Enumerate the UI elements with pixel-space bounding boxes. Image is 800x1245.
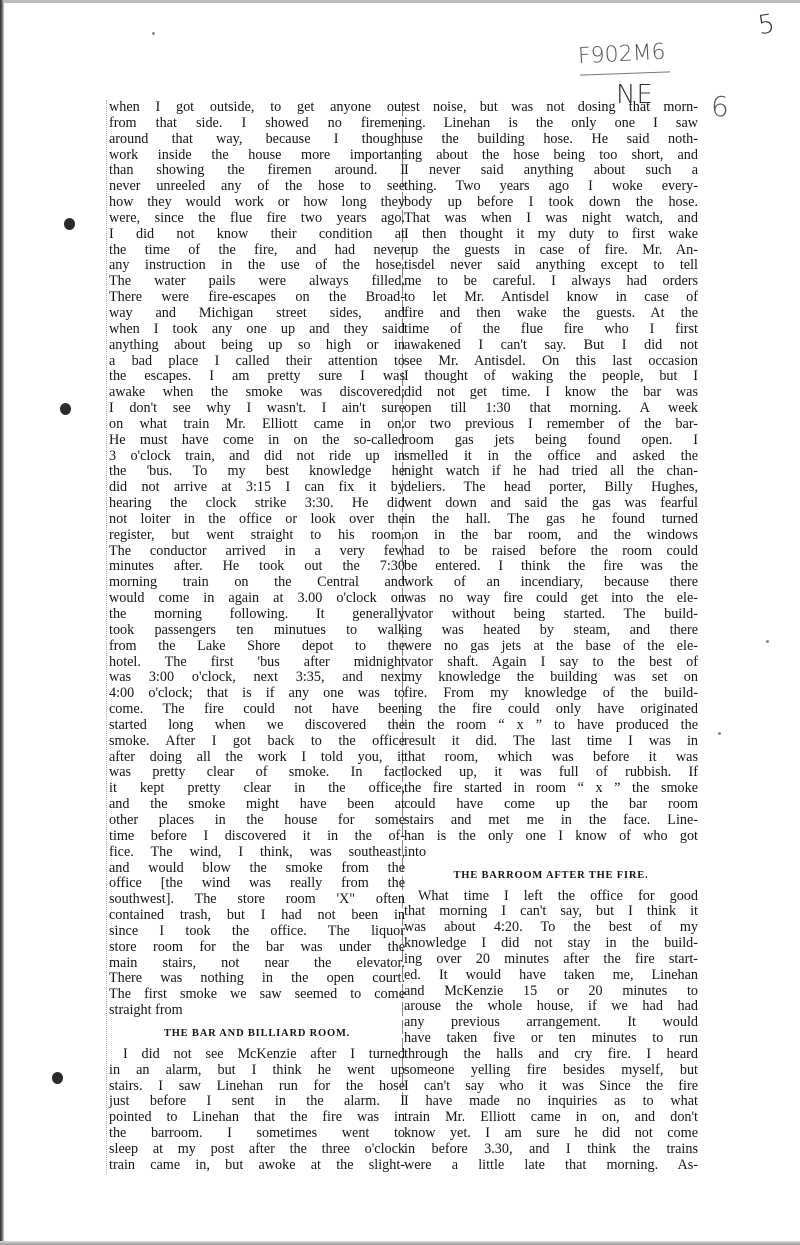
- text-line: through the halls and cry fire. I heard: [404, 1047, 698, 1063]
- text-line: to let Mr. Antisdel know in case of: [404, 290, 698, 306]
- text-line: awakened I can't say. But I did not: [404, 338, 698, 354]
- scan-speck: [152, 32, 155, 35]
- text-line: The water pails were always filled.: [109, 274, 405, 290]
- text-line: my knowledge the building was set on: [404, 670, 698, 686]
- text-line: smoke. After I got back to the office: [109, 734, 405, 750]
- scan-edge-top: [0, 0, 800, 3]
- scan-edge-bottom: [0, 1241, 800, 1245]
- text-line: deliers. The head porter, Billy Hughes,: [404, 480, 698, 496]
- text-line: up the guests in case of fire. Mr. An-: [404, 243, 698, 259]
- text-line: est noise, but was not dosing that morn-: [404, 100, 698, 116]
- text-line: southwest]. The store room 'X" often: [109, 892, 405, 908]
- text-line: any instruction in the use of the hose.: [109, 258, 405, 274]
- text-line: around that way, because I thought: [109, 132, 405, 148]
- text-line: body up before I took down the hose.: [404, 195, 698, 211]
- text-line: anything about being up so high or in: [109, 338, 405, 354]
- text-line: open till 1:30 that morning. A week: [404, 401, 698, 417]
- text-line: took passengers ten minutues to walk: [109, 623, 405, 639]
- text-line: way and Michigan street sides, and: [109, 306, 405, 322]
- text-line: There was nothing in the open court.: [109, 971, 405, 987]
- text-line: 4:00 o'clock; that is if any one was to: [109, 686, 405, 702]
- text-line: any previous arrangement. It would: [404, 1015, 698, 1031]
- text-line: I have made no inquiries as to what: [404, 1094, 698, 1110]
- text-line: knowledge I did not stay in the build-: [404, 936, 698, 952]
- left-subheading: THE BAR AND BILLIARD ROOM.: [109, 1027, 405, 1041]
- text-line: just before I sent in the alarm. I: [109, 1094, 405, 1110]
- handwritten-page-number: 5: [756, 9, 778, 41]
- text-line: could have come up the bar room: [404, 797, 698, 813]
- text-line: that room, which was before it was: [404, 750, 698, 766]
- text-line: was 3:00 o'clock, next 3:35, and next: [109, 670, 405, 686]
- text-line: on what train Mr. Elliott came in on.: [109, 417, 405, 433]
- text-line: were no gas jets at the base of the ele-: [404, 639, 698, 655]
- text-line: was pretty clear of smoke. In fact: [109, 765, 405, 781]
- handwritten-catalog-code: F902M6: [577, 40, 666, 70]
- text-line: main stairs, not near the elevator.: [109, 956, 405, 972]
- text-line: fire. From my knowledge of the build-: [404, 686, 698, 702]
- binder-hole: [64, 218, 75, 230]
- right-paragraph-1: est noise, but was not dosing that morn-…: [404, 100, 698, 861]
- text-line: straight from: [109, 1003, 405, 1019]
- text-line: vator without being started. The build-: [404, 607, 698, 623]
- text-line: awake when the smoke was discovered;: [109, 385, 405, 401]
- text-line: I then thought it my duty to first wake: [404, 227, 698, 243]
- text-line: thing. Two years ago I woke every-: [404, 179, 698, 195]
- text-line: stairs and met me in the face. Line-: [404, 813, 698, 829]
- binder-hole: [60, 403, 71, 415]
- text-line: and would blow the smoke from the: [109, 861, 405, 877]
- text-line: have taken five or ten minutes to run: [404, 1031, 698, 1047]
- text-line: I did not see McKenzie after I turned: [109, 1047, 405, 1063]
- text-line: not loiter in the office or look over th…: [109, 512, 405, 528]
- text-line: in the hall. The gas he found turned: [404, 512, 698, 528]
- binder-hole: [52, 1072, 63, 1084]
- text-line: a bad place I called their attention to: [109, 354, 405, 370]
- text-line: vator shaft. Again I say to the best of: [404, 655, 698, 671]
- text-line: That was when I was night watch, and: [404, 211, 698, 227]
- text-line: There were fire-escapes on the Broad-: [109, 290, 405, 306]
- text-line: time of the flue fire who I first: [404, 322, 698, 338]
- text-line: The first smoke we saw seemed to come: [109, 987, 405, 1003]
- text-line: after doing all the work I told you, it: [109, 750, 405, 766]
- text-line: office [the wind was really from the: [109, 876, 405, 892]
- text-line: in an alarm, but I think he went up: [109, 1063, 405, 1079]
- text-line: tisdel never said anything except to tel…: [404, 258, 698, 274]
- text-line: the barroom. I sometimes went to: [109, 1126, 405, 1142]
- right-column: est noise, but was not dosing that morn-…: [404, 100, 698, 1174]
- text-line: how they would work or how long they: [109, 195, 405, 211]
- right-paragraph-2: What time I left the office for goodthat…: [404, 889, 698, 1174]
- text-line: other places in the house for some: [109, 813, 405, 829]
- text-line: be entered. I think the fire was the: [404, 559, 698, 575]
- text-line: ing about the hose being too short, and: [404, 148, 698, 164]
- text-line: contained trash, but I had not been in: [109, 908, 405, 924]
- text-line: and McKenzie 15 or 20 minutes to: [404, 984, 698, 1000]
- text-line: arouse the whole house, if we had had: [404, 999, 698, 1015]
- text-line: work of an incendiary, because there: [404, 575, 698, 591]
- text-line: room gas jets being found open. I: [404, 433, 698, 449]
- text-line: come. The fire could not have been: [109, 702, 405, 718]
- left-column: when I got outside, to get anyone outfro…: [106, 100, 405, 1174]
- newspaper-clipping: when I got outside, to get anyone outfro…: [100, 100, 720, 1110]
- text-line: pointed to Linehan that the fire was in: [109, 1110, 405, 1126]
- text-line: went down and said the gas was fearful: [404, 496, 698, 512]
- text-line: did not arrive at 3:15 I can fix it by: [109, 480, 405, 496]
- text-line: were a little late that morning. As-: [404, 1158, 698, 1174]
- text-line: I never said anything about such a: [404, 163, 698, 179]
- text-line: did not get time. I know the bar was: [404, 385, 698, 401]
- text-line: and the smoke might have been at: [109, 797, 405, 813]
- text-line: that morning I can't say, but I think it: [404, 904, 698, 920]
- text-line: work inside the house more important: [109, 148, 405, 164]
- text-line: the time of the fire, and had never: [109, 243, 405, 259]
- text-line: hotel. The first 'bus after midnight: [109, 655, 405, 671]
- text-line: the fire started in room “ x ” the smoke: [404, 781, 698, 797]
- text-line: He must have come in on the so-called: [109, 433, 405, 449]
- text-line: fire and then wake the guests. At the: [404, 306, 698, 322]
- text-line: in before 3.30, and I think the trains: [404, 1142, 698, 1158]
- text-line: know yet. I am sure he did not come: [404, 1126, 698, 1142]
- text-line: when I got outside, to get anyone out: [109, 100, 405, 116]
- scan-edge-left: [0, 0, 4, 1245]
- text-line: morning train on the Central and: [109, 575, 405, 591]
- text-line: ing was heated by steam, and there: [404, 623, 698, 639]
- catalog-code-underline: [580, 71, 670, 75]
- text-line: from that side. I showed no firemen: [109, 116, 405, 132]
- right-subheading: THE BARROOM AFTER THE FIRE.: [404, 869, 698, 883]
- text-line: han is the only one I know of who got: [404, 829, 698, 845]
- text-line: or two previous I remember of the bar-: [404, 417, 698, 433]
- text-line: 3 o'clock train, and did not ride up in: [109, 449, 405, 465]
- text-line: smelled it in the office and asked the: [404, 449, 698, 465]
- text-line: would come in again at 3.00 o'clock on: [109, 591, 405, 607]
- text-line: someone yelling fire besides myself, but: [404, 1063, 698, 1079]
- text-line: train Mr. Elliott came in on, and don't: [404, 1110, 698, 1126]
- text-line: minutes after. He took out the 7:30: [109, 559, 405, 575]
- text-line: in the room “ x ” to have produced the: [404, 718, 698, 734]
- text-line: from the Lake Shore depot to the: [109, 639, 405, 655]
- text-line: I did not know their condition at: [109, 227, 405, 243]
- scan-speck: [718, 732, 721, 735]
- text-line: ed. It would have taken me, Linehan: [404, 968, 698, 984]
- text-line: time before I discovered it in the of-: [109, 829, 405, 845]
- text-line: started long when we discovered the: [109, 718, 405, 734]
- text-line: never unreeled any of the hose to see: [109, 179, 405, 195]
- text-line: when I took any one up and they said: [109, 322, 405, 338]
- left-paragraph-2: I did not see McKenzie after I turnedin …: [109, 1047, 405, 1174]
- text-line: had to be raised before the room could: [404, 544, 698, 560]
- text-line: locked up, it was full of rubbish. If: [404, 765, 698, 781]
- text-line: see Mr. Antisdel. On this last occasion: [404, 354, 698, 370]
- text-line: store room for the bar was under the: [109, 940, 405, 956]
- text-line: was about 4:20. To the best of my: [404, 920, 698, 936]
- text-line: ing over 20 minutes after the fire start…: [404, 952, 698, 968]
- scan-speck: [766, 640, 769, 643]
- text-line: register, but went straight to his room.: [109, 528, 405, 544]
- text-line: The conductor arrived in a very few: [109, 544, 405, 560]
- text-line: into: [404, 845, 698, 861]
- text-line: ing. Linehan is the only one I saw: [404, 116, 698, 132]
- text-line: I don't see why I wasn't. I ain't sure: [109, 401, 405, 417]
- text-line: than showing the firemen around. I: [109, 163, 405, 179]
- text-line: it kept pretty clear in the office,: [109, 781, 405, 797]
- left-paragraph-1: when I got outside, to get anyone outfro…: [109, 100, 405, 1019]
- text-line: since I took the office. The liquor: [109, 924, 405, 940]
- text-line: were, since the flue fire two years ago.: [109, 211, 405, 227]
- text-line: me to be careful. I always had orders: [404, 274, 698, 290]
- text-line: I can't say who it was Since the fire: [404, 1079, 698, 1095]
- text-line: sleep at my post after the three o'clock: [109, 1142, 405, 1158]
- text-line: fice. The wind, I think, was southeast,: [109, 845, 405, 861]
- text-line: the escapes. I am pretty sure I was: [109, 369, 405, 385]
- text-line: night watch if he had tried all the chan…: [404, 464, 698, 480]
- text-line: was no way fire could get into the ele-: [404, 591, 698, 607]
- text-line: the 'bus. To my best knowledge he: [109, 464, 405, 480]
- text-line: train came in, but awoke at the slight-: [109, 1158, 405, 1174]
- text-line: on in the bar room, and the windows: [404, 528, 698, 544]
- text-line: ing the fire could only have originated: [404, 702, 698, 718]
- text-line: I thought of waking the people, but I: [404, 369, 698, 385]
- text-line: the morning following. It generally: [109, 607, 405, 623]
- text-line: What time I left the office for good: [404, 889, 698, 905]
- text-line: stairs. I saw Linehan run for the hose: [109, 1079, 405, 1095]
- text-line: use the building hose. He said noth-: [404, 132, 698, 148]
- text-line: result it did. The last time I was in: [404, 734, 698, 750]
- text-line: hearing the clock strike 3:30. He did: [109, 496, 405, 512]
